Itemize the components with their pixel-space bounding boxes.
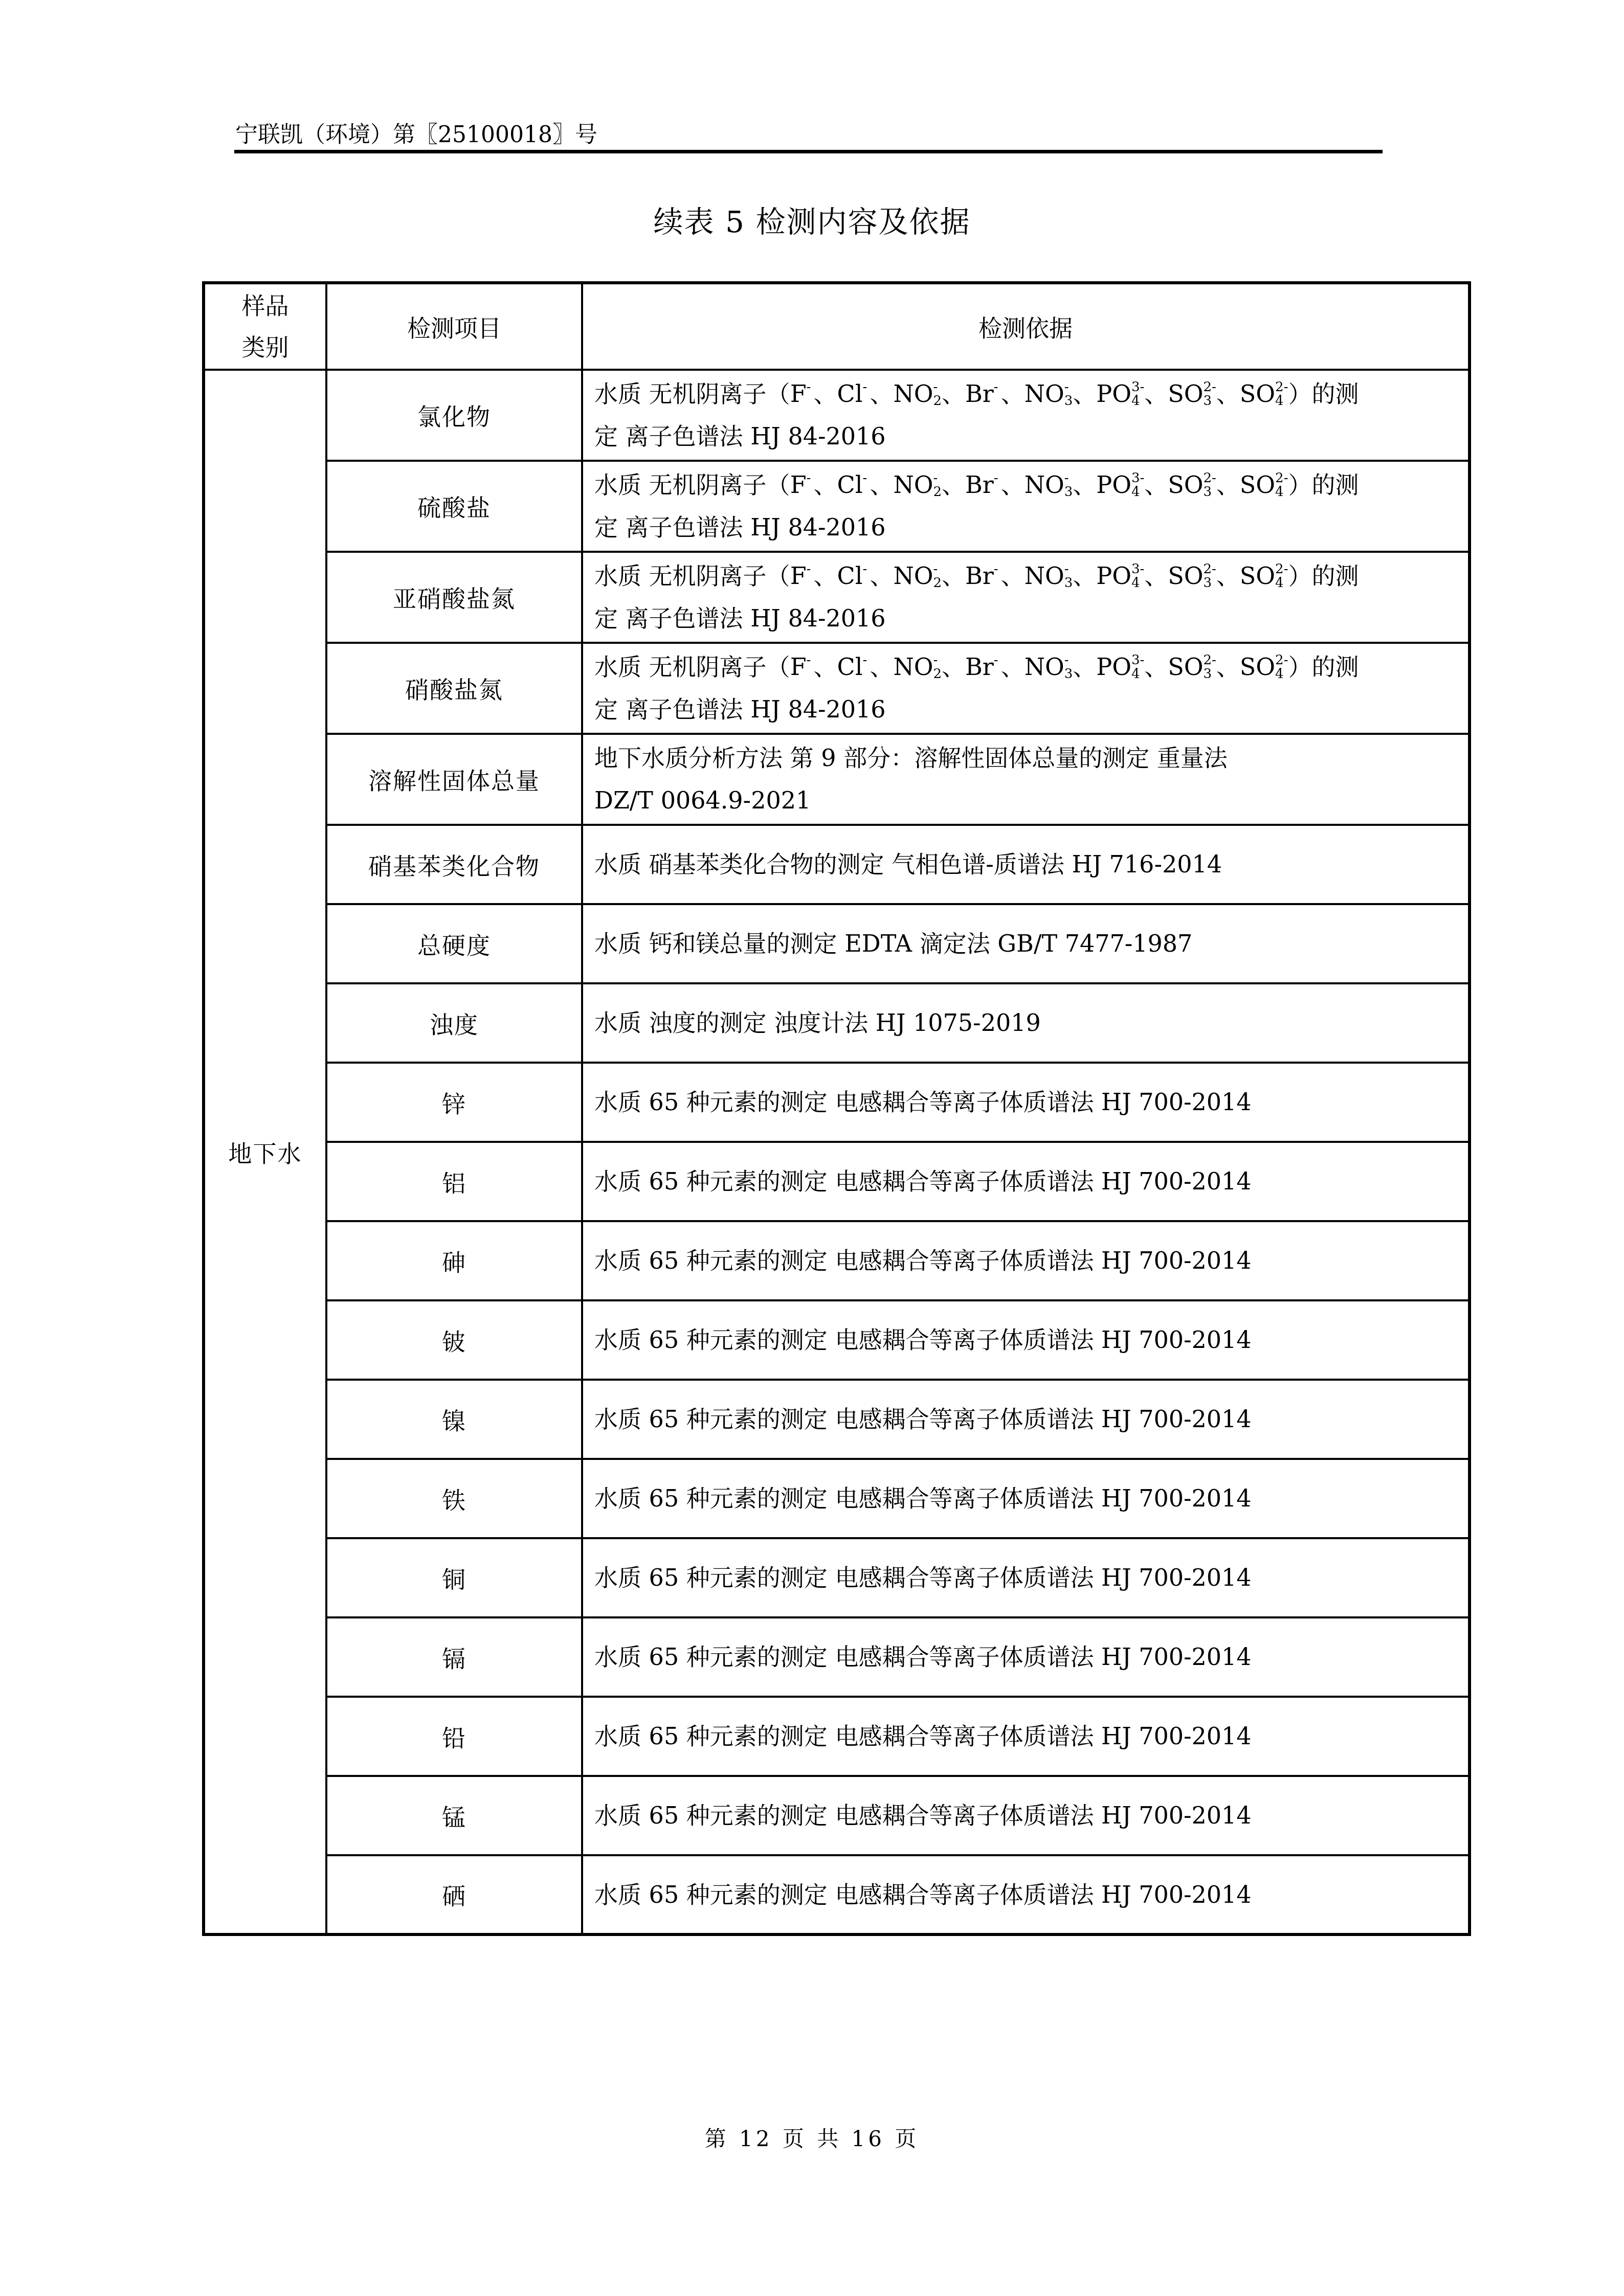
test-basis-cell: 水质 65 种元素的测定 电感耦合等离子体质谱法 HJ 700-2014 [582, 1855, 1470, 1934]
test-item-cell: 锌 [326, 1063, 582, 1142]
ion-formula: Br- [965, 380, 1001, 408]
ion-formula: Br- [965, 471, 1001, 499]
test-item-cell: 铅 [326, 1697, 582, 1776]
page: { "page": { "header_code": "宁联凯（环境）第〖251… [0, 0, 1624, 2296]
page-number: 第 12 页 共 16 页 [0, 2122, 1624, 2153]
test-basis-cell: 水质 65 种元素的测定 电感耦合等离子体质谱法 HJ 700-2014 [582, 1063, 1470, 1142]
test-item-cell: 镍 [326, 1380, 582, 1459]
ion-subsup-stack: 3-4 [1131, 380, 1144, 409]
table-header-row: 样品 类别 检测项目 检测依据 [204, 283, 1470, 370]
ion-subsup-stack: -3 [1064, 654, 1073, 682]
column-header-sample-category: 样品 类别 [204, 283, 326, 370]
column-header-test-item: 检测项目 [326, 283, 582, 370]
page-title: 续表 5 检测内容及依据 [0, 205, 1624, 240]
table-row: 硝基苯类化合物水质 硝基苯类化合物的测定 气相色谱-质谱法 HJ 716-201… [204, 825, 1470, 904]
test-item-cell: 溶解性固体总量 [326, 734, 582, 825]
ion-subsup-stack: - [807, 654, 814, 681]
ion-formula: SO2-4 [1240, 380, 1288, 408]
ion-subsup-stack: -2 [933, 654, 942, 682]
table-row: 硫酸盐水质 无机阴离子（F-、Cl-、NO-2、Br-、NO-3、PO3-4、S… [204, 461, 1470, 552]
test-basis-cell: 水质 65 种元素的测定 电感耦合等离子体质谱法 HJ 700-2014 [582, 1538, 1470, 1617]
test-basis-cell: 水质 浊度的测定 浊度计法 HJ 1075-2019 [582, 983, 1470, 1063]
table-row: 镉水质 65 种元素的测定 电感耦合等离子体质谱法 HJ 700-2014 [204, 1617, 1470, 1697]
table-row: 锌水质 65 种元素的测定 电感耦合等离子体质谱法 HJ 700-2014 [204, 1063, 1470, 1142]
test-item-cell: 镉 [326, 1617, 582, 1697]
ion-formula: SO2-3 [1168, 562, 1216, 590]
test-basis-cell: 水质 无机阴离子（F-、Cl-、NO-2、Br-、NO-3、PO3-4、SO2-… [582, 643, 1470, 734]
ion-subsup-stack: 3-4 [1131, 562, 1144, 591]
ion-formula: Cl- [837, 380, 870, 408]
test-basis-cell: 水质 65 种元素的测定 电感耦合等离子体质谱法 HJ 700-2014 [582, 1142, 1470, 1221]
ion-subsup-stack: - [807, 562, 814, 590]
table-row: 浊度水质 浊度的测定 浊度计法 HJ 1075-2019 [204, 983, 1470, 1063]
test-item-cell: 铜 [326, 1538, 582, 1617]
table-row: 亚硝酸盐氮水质 无机阴离子（F-、Cl-、NO-2、Br-、NO-3、PO3-4… [204, 552, 1470, 643]
test-basis-cell: 水质 65 种元素的测定 电感耦合等离子体质谱法 HJ 700-2014 [582, 1380, 1470, 1459]
detection-table: 样品 类别 检测项目 检测依据 地下水氯化物水质 无机阴离子（F-、Cl-、NO… [202, 281, 1471, 1936]
table-row: 铁水质 65 种元素的测定 电感耦合等离子体质谱法 HJ 700-2014 [204, 1459, 1470, 1538]
ion-formula: SO2-4 [1240, 562, 1288, 590]
ion-formula: NO-3 [1025, 471, 1073, 499]
ion-formula: SO2-4 [1240, 471, 1288, 499]
ion-formula: NO-2 [893, 562, 942, 590]
ion-formula: SO2-3 [1168, 471, 1216, 499]
header-rule-divider [234, 150, 1383, 153]
test-item-cell: 硒 [326, 1855, 582, 1934]
test-basis-cell: 水质 65 种元素的测定 电感耦合等离子体质谱法 HJ 700-2014 [582, 1617, 1470, 1697]
test-basis-cell: 水质 65 种元素的测定 电感耦合等离子体质谱法 HJ 700-2014 [582, 1221, 1470, 1300]
test-item-cell: 总硬度 [326, 904, 582, 983]
ion-formula: NO-2 [893, 653, 942, 681]
ion-subsup-stack: 2-4 [1275, 380, 1288, 409]
ion-subsup-stack: -3 [1064, 562, 1073, 591]
table-row: 硒水质 65 种元素的测定 电感耦合等离子体质谱法 HJ 700-2014 [204, 1855, 1470, 1934]
ion-subsup-stack: - [807, 380, 814, 408]
test-item-cell: 砷 [326, 1221, 582, 1300]
ion-formula: F- [790, 471, 814, 499]
ion-subsup-stack: 2-3 [1204, 380, 1216, 409]
test-basis-cell: 水质 65 种元素的测定 电感耦合等离子体质谱法 HJ 700-2014 [582, 1300, 1470, 1380]
test-item-cell: 氯化物 [326, 370, 582, 461]
ion-formula: SO2-3 [1168, 380, 1216, 408]
ion-subsup-stack: 2-3 [1204, 471, 1216, 500]
test-item-cell: 铍 [326, 1300, 582, 1380]
test-item-cell: 硫酸盐 [326, 461, 582, 552]
table-row: 总硬度水质 钙和镁总量的测定 EDTA 滴定法 GB/T 7477-1987 [204, 904, 1470, 983]
ion-formula: NO-3 [1025, 562, 1073, 590]
ion-subsup-stack: - [994, 562, 1001, 590]
ion-formula: Cl- [837, 562, 870, 590]
ion-formula: PO3-4 [1096, 562, 1144, 590]
ion-formula: Br- [965, 653, 1001, 681]
ion-subsup-stack: - [994, 654, 1001, 681]
test-item-cell: 铁 [326, 1459, 582, 1538]
ion-subsup-stack: 3-4 [1131, 654, 1144, 682]
document-header-code: 宁联凯（环境）第〖25100018〗号 [235, 122, 597, 149]
ion-formula: SO2-3 [1168, 653, 1216, 681]
column-header-test-basis: 检测依据 [582, 283, 1470, 370]
table-row: 砷水质 65 种元素的测定 电感耦合等离子体质谱法 HJ 700-2014 [204, 1221, 1470, 1300]
table-row: 地下水氯化物水质 无机阴离子（F-、Cl-、NO-2、Br-、NO-3、PO3-… [204, 370, 1470, 461]
table-row: 锰水质 65 种元素的测定 电感耦合等离子体质谱法 HJ 700-2014 [204, 1776, 1470, 1855]
test-basis-cell: 水质 钙和镁总量的测定 EDTA 滴定法 GB/T 7477-1987 [582, 904, 1470, 983]
ion-subsup-stack: -3 [1064, 380, 1073, 409]
ion-formula: Cl- [837, 471, 870, 499]
test-basis-cell: 水质 无机阴离子（F-、Cl-、NO-2、Br-、NO-3、PO3-4、SO2-… [582, 370, 1470, 461]
ion-subsup-stack: 2-3 [1204, 562, 1216, 591]
ion-subsup-stack: -2 [933, 471, 942, 500]
test-basis-cell: 水质 硝基苯类化合物的测定 气相色谱-质谱法 HJ 716-2014 [582, 825, 1470, 904]
table-row: 铍水质 65 种元素的测定 电感耦合等离子体质谱法 HJ 700-2014 [204, 1300, 1470, 1380]
ion-subsup-stack: - [862, 380, 870, 408]
ion-subsup-stack: 3-4 [1131, 471, 1144, 500]
ion-subsup-stack: 2-3 [1204, 654, 1216, 682]
table-row: 溶解性固体总量地下水质分析方法 第 9 部分：溶解性固体总量的测定 重量法 DZ… [204, 734, 1470, 825]
ion-formula: NO-3 [1025, 380, 1073, 408]
ion-formula: NO-2 [893, 380, 942, 408]
ion-subsup-stack: -3 [1064, 471, 1073, 500]
ion-subsup-stack: 2-4 [1275, 654, 1288, 682]
ion-subsup-stack: - [994, 380, 1001, 408]
table-row: 铜水质 65 种元素的测定 电感耦合等离子体质谱法 HJ 700-2014 [204, 1538, 1470, 1617]
table-body: 地下水氯化物水质 无机阴离子（F-、Cl-、NO-2、Br-、NO-3、PO3-… [204, 370, 1470, 1934]
test-basis-cell: 地下水质分析方法 第 9 部分：溶解性固体总量的测定 重量法 DZ/T 0064… [582, 734, 1470, 825]
test-item-cell: 铝 [326, 1142, 582, 1221]
ion-formula: NO-2 [893, 471, 942, 499]
test-basis-cell: 水质 65 种元素的测定 电感耦合等离子体质谱法 HJ 700-2014 [582, 1776, 1470, 1855]
ion-formula: F- [790, 380, 814, 408]
ion-subsup-stack: - [862, 654, 870, 681]
ion-subsup-stack: 2-4 [1275, 562, 1288, 591]
test-basis-cell: 水质 65 种元素的测定 电感耦合等离子体质谱法 HJ 700-2014 [582, 1459, 1470, 1538]
ion-formula: Cl- [837, 653, 870, 681]
ion-subsup-stack: 2-4 [1275, 471, 1288, 500]
test-basis-cell: 水质 65 种元素的测定 电感耦合等离子体质谱法 HJ 700-2014 [582, 1697, 1470, 1776]
test-item-cell: 硝基苯类化合物 [326, 825, 582, 904]
test-basis-cell: 水质 无机阴离子（F-、Cl-、NO-2、Br-、NO-3、PO3-4、SO2-… [582, 461, 1470, 552]
test-item-cell: 浊度 [326, 983, 582, 1063]
ion-subsup-stack: - [994, 471, 1001, 499]
ion-formula: Br- [965, 562, 1001, 590]
ion-subsup-stack: - [862, 562, 870, 590]
sample-category-cell: 地下水 [204, 370, 326, 1934]
ion-subsup-stack: - [807, 471, 814, 499]
ion-subsup-stack: -2 [933, 380, 942, 409]
ion-formula: F- [790, 653, 814, 681]
test-item-cell: 硝酸盐氮 [326, 643, 582, 734]
ion-formula: SO2-4 [1240, 653, 1288, 681]
ion-formula: NO-3 [1025, 653, 1073, 681]
test-item-cell: 亚硝酸盐氮 [326, 552, 582, 643]
ion-formula: PO3-4 [1096, 653, 1144, 681]
ion-subsup-stack: -2 [933, 562, 942, 591]
test-item-cell: 锰 [326, 1776, 582, 1855]
table-row: 镍水质 65 种元素的测定 电感耦合等离子体质谱法 HJ 700-2014 [204, 1380, 1470, 1459]
ion-formula: F- [790, 562, 814, 590]
ion-formula: PO3-4 [1096, 380, 1144, 408]
ion-subsup-stack: - [862, 471, 870, 499]
table-row: 硝酸盐氮水质 无机阴离子（F-、Cl-、NO-2、Br-、NO-3、PO3-4、… [204, 643, 1470, 734]
ion-formula: PO3-4 [1096, 471, 1144, 499]
table-row: 铅水质 65 种元素的测定 电感耦合等离子体质谱法 HJ 700-2014 [204, 1697, 1470, 1776]
table-row: 铝水质 65 种元素的测定 电感耦合等离子体质谱法 HJ 700-2014 [204, 1142, 1470, 1221]
test-basis-cell: 水质 无机阴离子（F-、Cl-、NO-2、Br-、NO-3、PO3-4、SO2-… [582, 552, 1470, 643]
